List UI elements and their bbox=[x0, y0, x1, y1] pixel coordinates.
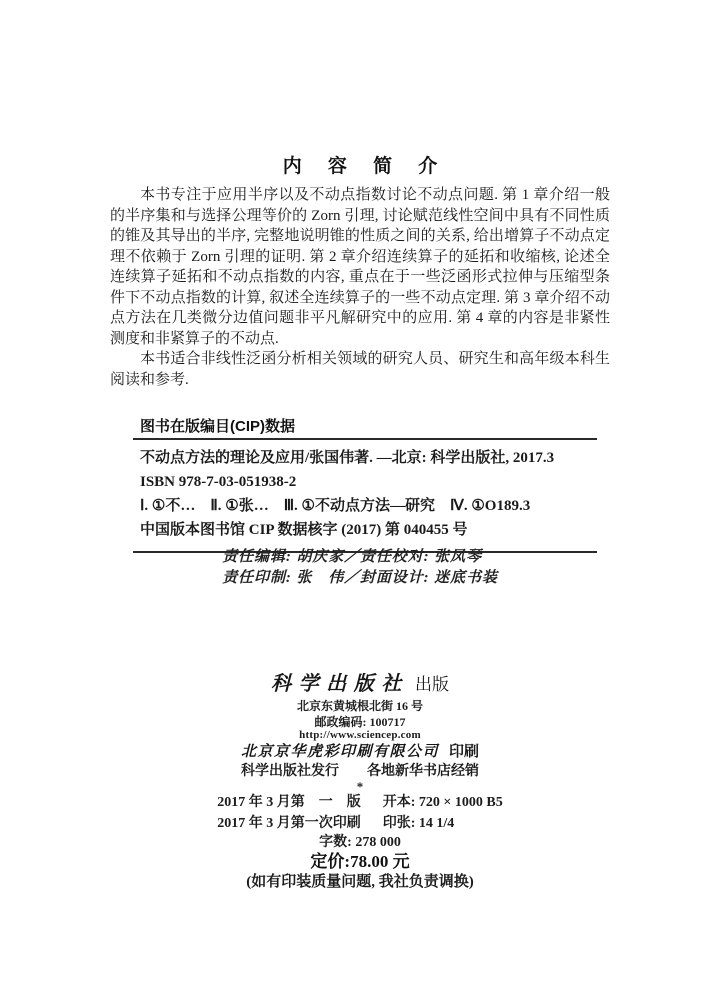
credits-section: 责任编辑: 胡庆家／责任校对: 张凤琴 责任印制: 张 伟／封面设计: 迷底书装 bbox=[0, 547, 720, 588]
publisher-address: 北京东黄城根北街 16 号 bbox=[0, 698, 720, 715]
cip-registry-line: 中国版本图书馆 CIP 数据核字 (2017) 第 040455 号 bbox=[140, 518, 597, 542]
publisher-url: http://www.sciencep.com bbox=[0, 729, 720, 742]
publisher-suffix: 出版 bbox=[415, 675, 449, 694]
copyright-page: 内 容 简 介 本书专注于应用半序以及不动点指数讨论不动点问题. 第 1 章介绍… bbox=[0, 0, 720, 1000]
cip-classification-line: Ⅰ. ①不… Ⅱ. ①张… Ⅲ. ①不动点方法—研究 Ⅳ. ①O189.3 bbox=[140, 494, 597, 518]
printing-date: 2017 年 3 月第一次印刷 bbox=[217, 813, 361, 834]
content-intro-section: 内 容 简 介 本书专注于应用半序以及不动点指数讨论不动点问题. 第 1 章介绍… bbox=[110, 156, 610, 390]
cip-header: 图书在版编目(CIP)数据 bbox=[133, 416, 597, 438]
cip-body: 不动点方法的理论及应用/张国伟著. —北京: 科学出版社, 2017.3 ISB… bbox=[133, 440, 597, 551]
colophon-section: 科学出版社 出版 北京东黄城根北街 16 号 邮政编码: 100717 http… bbox=[0, 672, 720, 894]
edition-date: 2017 年 3 月第 一 版 bbox=[217, 792, 361, 813]
divider-star: * bbox=[0, 782, 720, 792]
printer-logo-text: 北京京华虎彩印刷有限公司 bbox=[241, 744, 439, 760]
printer-suffix: 印刷 bbox=[449, 744, 479, 760]
credits-editing-line: 责任编辑: 胡庆家／责任校对: 张凤琴 bbox=[222, 547, 498, 568]
edition-info-grid: 2017 年 3 月第 一 版 开本: 720 × 1000 B5 2017 年… bbox=[217, 792, 502, 834]
quality-note: (如有印装质量问题, 我社负责调换) bbox=[0, 871, 720, 894]
content-intro-title: 内 容 简 介 bbox=[110, 156, 610, 178]
content-intro-paragraph-2: 本书适合非线性泛函分析相关领域的研究人员、研究生和高年级本科生阅读和参考. bbox=[110, 349, 610, 390]
sheet-count: 印张: 14 1/4 bbox=[383, 813, 503, 834]
credits-printing-line: 责任印制: 张 伟／封面设计: 迷底书装 bbox=[222, 568, 498, 589]
credits-block: 责任编辑: 胡庆家／责任校对: 张凤琴 责任印制: 张 伟／封面设计: 迷底书装 bbox=[222, 547, 498, 588]
cip-data-section: 图书在版编目(CIP)数据 不动点方法的理论及应用/张国伟著. —北京: 科学出… bbox=[133, 416, 597, 553]
format-spec: 开本: 720 × 1000 B5 bbox=[383, 792, 503, 813]
cip-title-line: 不动点方法的理论及应用/张国伟著. —北京: 科学出版社, 2017.3 bbox=[140, 446, 597, 470]
word-count: 字数: 278 000 bbox=[0, 834, 720, 852]
cip-isbn-line: ISBN 978-7-03-051938-2 bbox=[140, 470, 597, 494]
content-intro-paragraph-1: 本书专注于应用半序以及不动点指数讨论不动点问题. 第 1 章介绍一般的半序集和与… bbox=[110, 185, 610, 349]
price: 定价:78.00 元 bbox=[0, 852, 720, 871]
publisher-line: 科学出版社 出版 bbox=[0, 672, 720, 698]
publisher-logo-text: 科学出版社 bbox=[271, 673, 409, 695]
publisher-postcode: 邮政编码: 100717 bbox=[0, 715, 720, 729]
printer-line: 北京京华虎彩印刷有限公司 印刷 bbox=[0, 742, 720, 762]
